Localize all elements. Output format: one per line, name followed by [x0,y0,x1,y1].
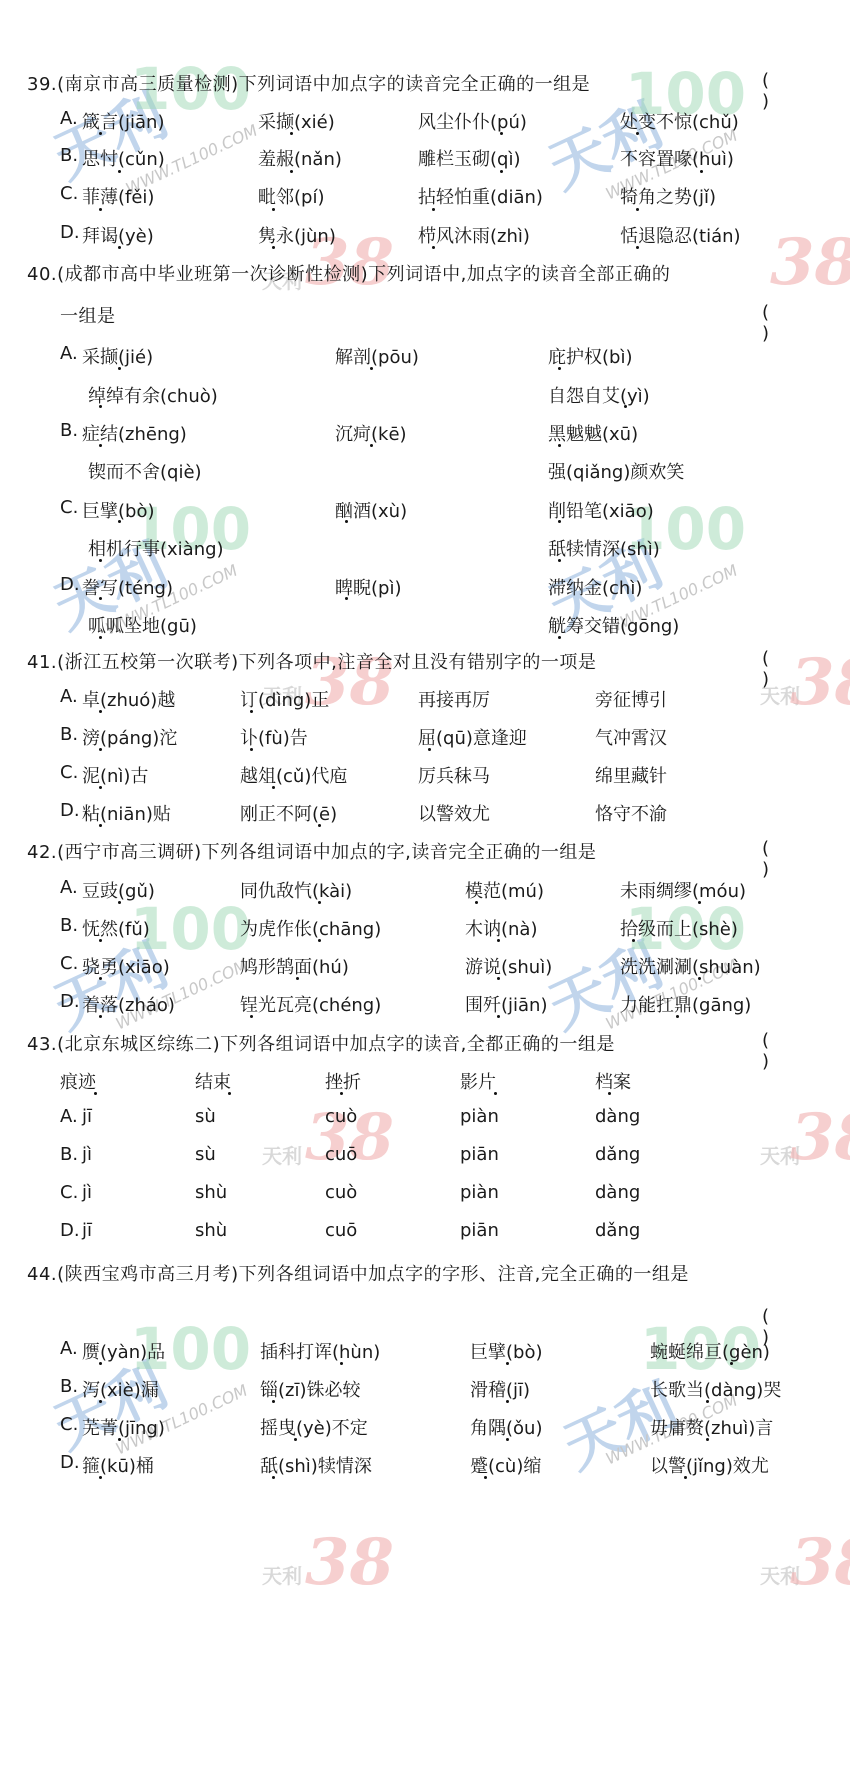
answer-blank[interactable]: ( ) [762,838,850,880]
answer-blank[interactable]: ( ) [762,648,850,690]
answer-blank[interactable]: ( ) [762,1030,850,1072]
watermark-tianli38: 天利 [262,1560,302,1589]
question-stem-line2: 一组是 [60,302,116,328]
question-stem: 43.(北京东城区综练二)下列各组词语中加点字的读音,全都正确的一组是 [27,1030,615,1056]
watermark-38: 38 [790,1525,850,1600]
question-stem: 39.(南京市高三质量检测)下列词语中加点字的读音完全正确的一组是 [27,70,590,96]
watermark-38: 38 [305,1525,394,1600]
watermark-tianli38: 天利 [262,1140,302,1169]
watermark-38: 38 [770,225,850,300]
answer-blank[interactable]: ( ) [762,1306,850,1348]
question-stem: 44.(陕西宝鸡市高三月考)下列各组词语中加点字的字形、注音,完全正确的一组是 [27,1260,689,1286]
watermark-tianli38: 天利 [760,1560,800,1589]
question-stem: 42.(西宁市高三调研)下列各组词语中加点的字,读音完全正确的一组是 [27,838,596,864]
watermark-38: 38 [790,1100,850,1175]
question-stem: 40.(成都市高中毕业班第一次诊断性检测)下列词语中,加点字的读音全部正确的 [27,260,670,286]
question-stem: 41.(浙江五校第一次联考)下列各项中,注音全对且没有错别字的一项是 [27,648,596,674]
answer-blank[interactable]: ( ) [762,302,850,344]
answer-blank[interactable]: ( ) [762,70,850,112]
watermark-tianli38: 天利 [760,1140,800,1169]
